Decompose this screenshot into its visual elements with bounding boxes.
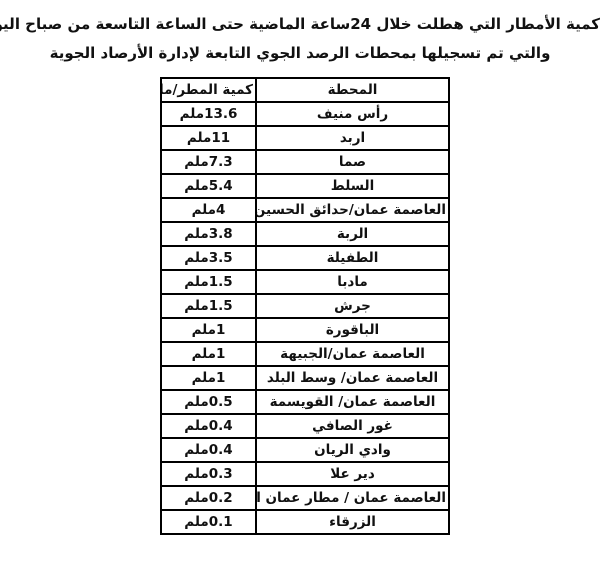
table-row: العاصمة عمان/حدائق الحسين 4ملم — [161, 198, 449, 222]
station-name-cell: وادي الريان — [256, 438, 449, 462]
rain-amount-cell: 13.6ملم — [161, 102, 256, 126]
station-name-cell: غور الصافي — [256, 414, 449, 438]
station-name-cell: جرش — [256, 294, 449, 318]
table-row: العاصمة عمان/ القويسمة 0.5ملم — [161, 390, 449, 414]
table-row: العاصمة عمان / مطار عمان المدني 0.2ملم — [161, 486, 449, 510]
rain-amount-cell: 1ملم — [161, 366, 256, 390]
report-title: كمية الأمطار التي هطلت خلال 24ساعة الماض… — [0, 10, 600, 68]
table-row: الربة 3.8ملم — [161, 222, 449, 246]
station-name-cell: الربة — [256, 222, 449, 246]
rainfall-table-head: المحطة كمية المطر/ملم — [161, 78, 449, 102]
station-name-cell: العاصمة عمان / مطار عمان المدني — [256, 486, 449, 510]
table-row: جرش 1.5ملم — [161, 294, 449, 318]
table-row: الزرقاء 0.1ملم — [161, 510, 449, 534]
table-row: العاصمة عمان/الجبيهة 1ملم — [161, 342, 449, 366]
rain-amount-cell: 7.3ملم — [161, 150, 256, 174]
station-name-cell: السلط — [256, 174, 449, 198]
rain-amount-cell: 0.4ملم — [161, 438, 256, 462]
station-name-cell: الباقورة — [256, 318, 449, 342]
rain-amount-cell: 0.1ملم — [161, 510, 256, 534]
station-name-cell: اربد — [256, 126, 449, 150]
table-row: دير علا 0.3ملم — [161, 462, 449, 486]
station-name-cell: العاصمة عمان/حدائق الحسين — [256, 198, 449, 222]
rain-amount-cell: 5.4ملم — [161, 174, 256, 198]
rain-amount-cell: 11ملم — [161, 126, 256, 150]
table-row: الطفيلة 3.5ملم — [161, 246, 449, 270]
station-name-cell: مادبا — [256, 270, 449, 294]
station-name-cell: دير علا — [256, 462, 449, 486]
station-name-cell: العاصمة عمان/ القويسمة — [256, 390, 449, 414]
report-title-line2: والتي تم تسجيلها بمحطات الرصد الجوي التا… — [0, 39, 600, 68]
table-row: العاصمة عمان/ وسط البلد 1ملم — [161, 366, 449, 390]
table-row: اربد 11ملم — [161, 126, 449, 150]
header-row: المحطة كمية المطر/ملم — [161, 78, 449, 102]
station-name-cell: العاصمة عمان/الجبيهة — [256, 342, 449, 366]
station-name-cell: الطفيلة — [256, 246, 449, 270]
rain-amount-cell: 4ملم — [161, 198, 256, 222]
rain-amount-cell: 3.8ملم — [161, 222, 256, 246]
table-row: السلط 5.4ملم — [161, 174, 449, 198]
station-name-cell: الزرقاء — [256, 510, 449, 534]
rainfall-report-page: كمية الأمطار التي هطلت خلال 24ساعة الماض… — [0, 0, 600, 583]
rain-amount-cell: 1.5ملم — [161, 270, 256, 294]
station-column-header: المحطة — [256, 78, 449, 102]
report-title-line1: كمية الأمطار التي هطلت خلال 24ساعة الماض… — [0, 10, 600, 39]
table-row: صما 7.3ملم — [161, 150, 449, 174]
rain-amount-cell: 1ملم — [161, 342, 256, 366]
rain-amount-cell: 0.3ملم — [161, 462, 256, 486]
station-name-cell: العاصمة عمان/ وسط البلد — [256, 366, 449, 390]
rain-amount-cell: 0.5ملم — [161, 390, 256, 414]
rainfall-table-body: رأس منيف 13.6ملم اربد 11ملم صما 7.3ملم ا… — [161, 102, 449, 534]
station-name-cell: صما — [256, 150, 449, 174]
rain-amount-cell: 1.5ملم — [161, 294, 256, 318]
rain-amount-cell: 3.5ملم — [161, 246, 256, 270]
table-row: مادبا 1.5ملم — [161, 270, 449, 294]
rain-amount-cell: 1ملم — [161, 318, 256, 342]
amount-column-header: كمية المطر/ملم — [161, 78, 256, 102]
rain-amount-cell: 0.4ملم — [161, 414, 256, 438]
table-row: رأس منيف 13.6ملم — [161, 102, 449, 126]
table-row: وادي الريان 0.4ملم — [161, 438, 449, 462]
rainfall-table: المحطة كمية المطر/ملم رأس منيف 13.6ملم ا… — [160, 77, 450, 535]
rain-amount-cell: 0.2ملم — [161, 486, 256, 510]
table-row: الباقورة 1ملم — [161, 318, 449, 342]
station-name-cell: رأس منيف — [256, 102, 449, 126]
table-row: غور الصافي 0.4ملم — [161, 414, 449, 438]
